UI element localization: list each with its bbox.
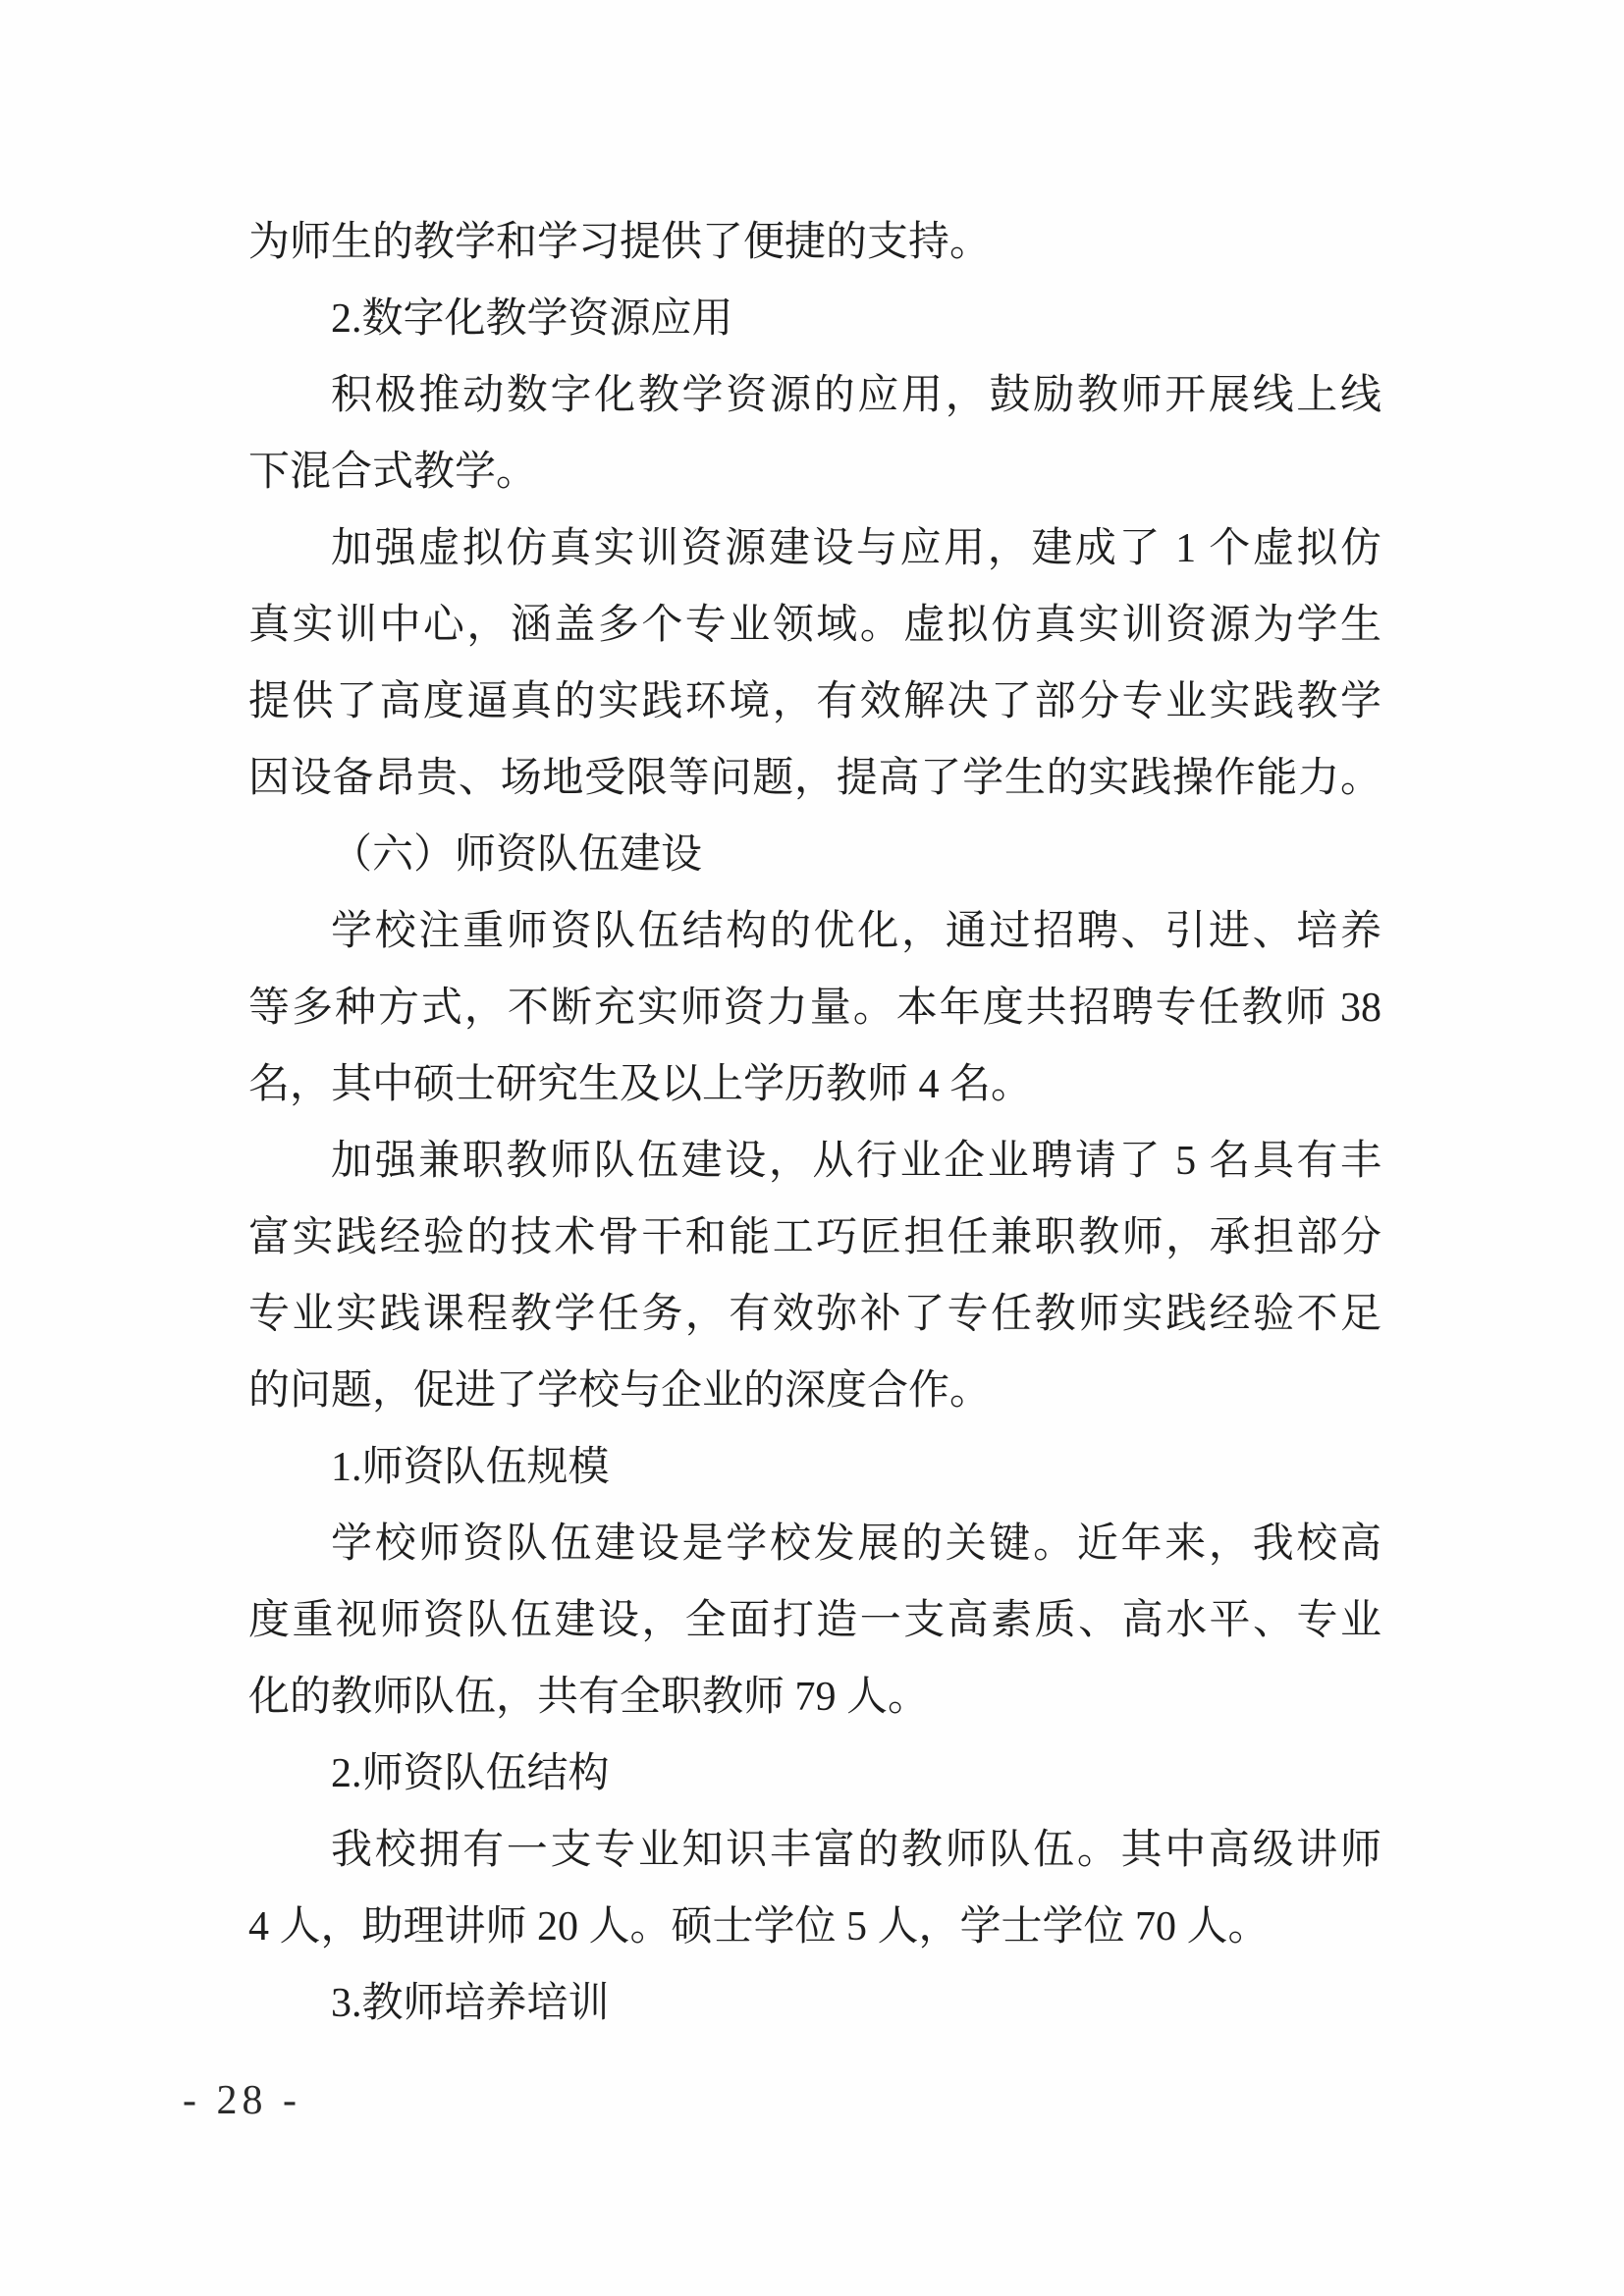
text-line: 4 人，助理讲师 20 人。硕士学位 5 人，学士学位 70 人。 — [248, 1889, 1381, 1965]
text-line: 积极推动数字化教学资源的应用，鼓励教师开展线上线 — [248, 357, 1381, 434]
text-line: 2.师资队伍结构 — [248, 1735, 1381, 1812]
text-line: 因设备昂贵、场地受限等问题，提高了学生的实践操作能力。 — [248, 740, 1381, 817]
text-line: 学校师资队伍建设是学校发展的关键。近年来，我校高 — [248, 1506, 1381, 1582]
text-line: 下混合式教学。 — [248, 434, 1381, 510]
text-line: 加强兼职教师队伍建设，从行业企业聘请了 5 名具有丰 — [248, 1123, 1381, 1200]
text-line: 等多种方式，不断充实师资力量。本年度共招聘专任教师 38 — [248, 970, 1381, 1046]
text-line: 加强虚拟仿真实训资源建设与应用，建成了 1 个虚拟仿 — [248, 510, 1381, 587]
page-number: - 28 - — [183, 2077, 301, 2124]
text-line: 1.师资队伍规模 — [248, 1429, 1381, 1506]
text-line: 的问题，促进了学校与企业的深度合作。 — [248, 1353, 1381, 1429]
text-line: （六）师资队伍建设 — [248, 817, 1381, 893]
text-line: 为师生的教学和学习提供了便捷的支持。 — [248, 204, 1381, 281]
document-page: 为师生的教学和学习提供了便捷的支持。2.数字化教学资源应用积极推动数字化教学资源… — [0, 0, 1624, 2296]
text-line: 度重视师资队伍建设，全面打造一支高素质、高水平、专业 — [248, 1582, 1381, 1659]
text-line: 提供了高度逼真的实践环境，有效解决了部分专业实践教学 — [248, 664, 1381, 740]
text-block: 为师生的教学和学习提供了便捷的支持。2.数字化教学资源应用积极推动数字化教学资源… — [248, 204, 1381, 2042]
text-line: 真实训中心，涵盖多个专业领域。虚拟仿真实训资源为学生 — [248, 587, 1381, 664]
text-line: 我校拥有一支专业知识丰富的教师队伍。其中高级讲师 — [248, 1812, 1381, 1889]
text-line: 专业实践课程教学任务，有效弥补了专任教师实践经验不足 — [248, 1276, 1381, 1353]
text-line: 富实践经验的技术骨干和能工巧匠担任兼职教师，承担部分 — [248, 1200, 1381, 1276]
text-line: 学校注重师资队伍结构的优化，通过招聘、引进、培养 — [248, 893, 1381, 970]
text-line: 名，其中硕士研究生及以上学历教师 4 名。 — [248, 1046, 1381, 1123]
text-line: 3.教师培养培训 — [248, 1965, 1381, 2042]
text-line: 2.数字化教学资源应用 — [248, 281, 1381, 357]
text-line: 化的教师队伍，共有全职教师 79 人。 — [248, 1659, 1381, 1735]
